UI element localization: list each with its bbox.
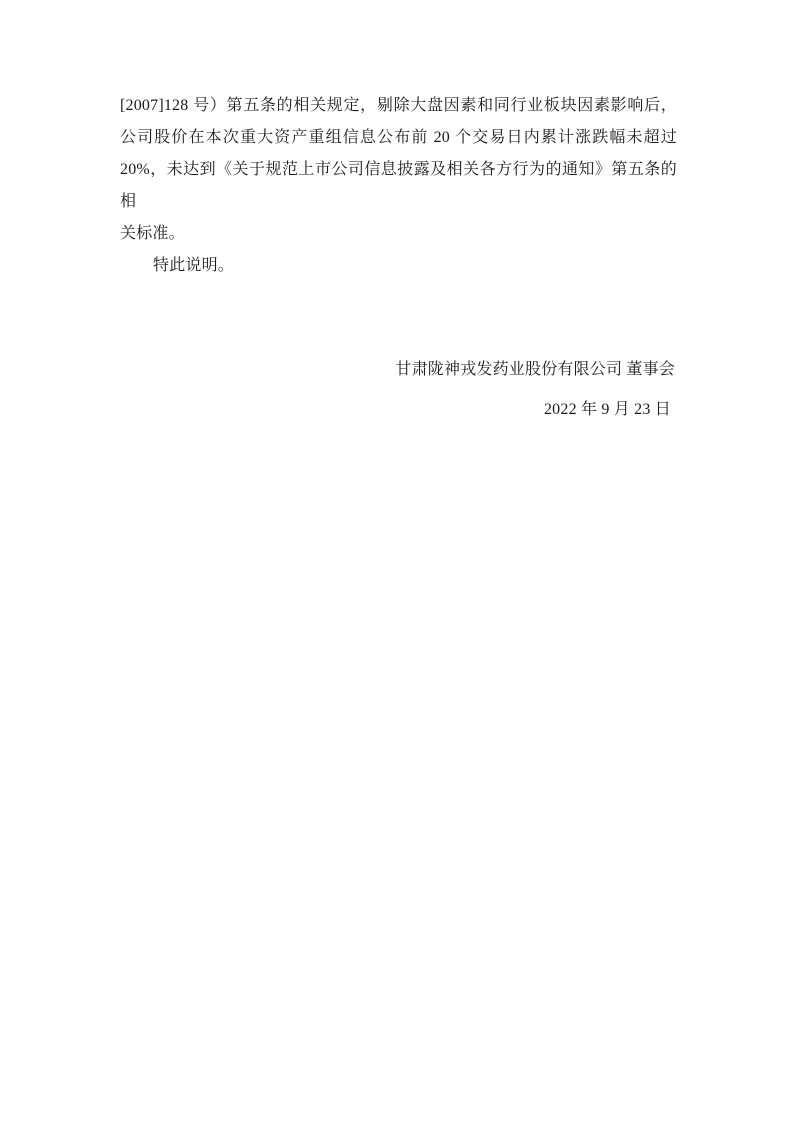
body-line: 关标准。	[120, 218, 677, 250]
document-body: [2007]128 号）第五条的相关规定，剔除大盘因素和同行业板块因素影响后， …	[120, 90, 677, 426]
signature-line: 甘肃陇神戎发药业股份有限公司 董事会	[120, 354, 677, 386]
document-page: [2007]128 号）第五条的相关规定，剔除大盘因素和同行业板块因素影响后， …	[0, 0, 793, 1122]
date-line: 2022 年 9 月 23 日	[120, 394, 677, 426]
body-line: 公司股价在本次重大资产重组信息公布前 20 个交易日内累计涨跌幅未超过	[120, 122, 677, 154]
body-line: 20%，未达到《关于规范上市公司信息披露及相关各方行为的通知》第五条的相	[120, 154, 677, 218]
body-paragraph: [2007]128 号）第五条的相关规定，剔除大盘因素和同行业板块因素影响后， …	[120, 90, 677, 250]
closing-statement: 特此说明。	[120, 250, 677, 282]
body-line: [2007]128 号）第五条的相关规定，剔除大盘因素和同行业板块因素影响后，	[120, 90, 677, 122]
